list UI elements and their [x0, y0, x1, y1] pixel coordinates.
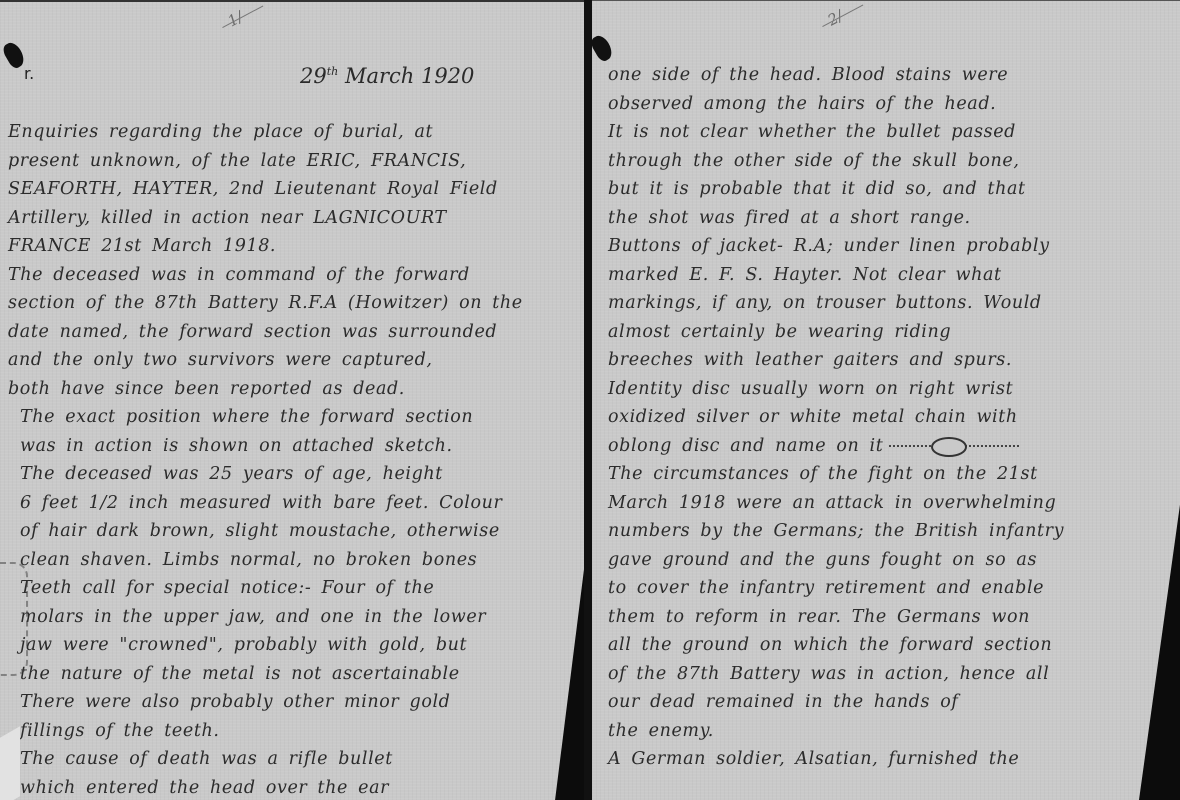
- text-line: Enquiries regarding the place of burial,…: [8, 118, 580, 147]
- text-line: breeches with leather gaiters and spurs.: [608, 346, 1176, 375]
- text-line: March 1918 were an attack in overwhelmin…: [608, 489, 1176, 518]
- page-number-mark: 1/: [225, 8, 246, 31]
- text-line: marked E. F. S. Hayter. Not clear what: [608, 261, 1176, 290]
- text-line: one side of the head. Blood stains were: [608, 61, 1176, 90]
- text-line: clean shaven. Limbs normal, no broken bo…: [8, 546, 580, 575]
- text-line: both have since been reported as dead.: [8, 375, 580, 404]
- date-suffix: th: [327, 65, 339, 78]
- text-line: jaw were "crowned", probably with gold, …: [8, 631, 580, 660]
- text-line: all the ground on which the forward sect…: [608, 631, 1176, 660]
- text-line: them to reform in rear. The Germans won: [608, 603, 1176, 632]
- text-line: oxidized silver or white metal chain wit…: [608, 403, 1176, 432]
- text-line: observed among the hairs of the head.: [608, 90, 1176, 119]
- text-line: of the 87th Battery was in action, hence…: [608, 660, 1176, 689]
- paperclip-mark: [0, 562, 28, 676]
- text-line: our dead remained in the hands of: [608, 688, 1176, 717]
- text-line: The cause of death was a rifle bullet: [8, 745, 580, 774]
- text-line: The deceased was in command of the forwa…: [8, 261, 580, 290]
- text-line: There were also probably other minor gol…: [8, 688, 580, 717]
- text-line: molars in the upper jaw, and one in the …: [8, 603, 580, 632]
- text-line-content: oblong disc and name on it: [608, 436, 883, 456]
- text-line: the enemy.: [608, 717, 1176, 746]
- text-line: It is not clear whether the bullet passe…: [608, 118, 1176, 147]
- text-line: Buttons of jacket- R.A; under linen prob…: [608, 232, 1176, 261]
- ink-blot: [592, 33, 615, 64]
- text-line: oblong disc and name on it: [608, 432, 1176, 461]
- page-number-mark: 2/: [825, 7, 846, 30]
- text-line: The exact position where the forward sec…: [8, 403, 580, 432]
- text-line: the nature of the metal is not ascertain…: [8, 660, 580, 689]
- text-line: 6 feet 1/2 inch measured with bare feet.…: [8, 489, 580, 518]
- text-line: section of the 87th Battery R.F.A (Howit…: [8, 289, 580, 318]
- text-line: of hair dark brown, slight moustache, ot…: [8, 517, 580, 546]
- corner-mark: r.: [24, 64, 34, 83]
- text-line: which entered the head over the ear: [8, 774, 580, 800]
- text-line: FRANCE 21st March 1918.: [8, 232, 580, 261]
- date-day: 29: [300, 64, 327, 88]
- text-line: present unknown, of the late ERIC, FRANC…: [8, 147, 580, 176]
- text-line: was in action is shown on attached sketc…: [8, 432, 580, 461]
- text-line: Identity disc usually worn on right wris…: [608, 375, 1176, 404]
- text-line: almost certainly be wearing riding: [608, 318, 1176, 347]
- page-gutter: [584, 0, 592, 800]
- text-line: markings, if any, on trouser buttons. Wo…: [608, 289, 1176, 318]
- text-line: Artillery, killed in action near LAGNICO…: [8, 204, 580, 233]
- letter-date: 29th March 1920: [300, 64, 474, 88]
- date-month-year: March 1920: [345, 64, 474, 88]
- page-1-text: Enquiries regarding the place of burial,…: [8, 118, 580, 800]
- text-line: gave ground and the guns fought on so as: [608, 546, 1176, 575]
- text-line: A German soldier, Alsatian, furnished th…: [608, 745, 1176, 774]
- page-2-text: one side of the head. Blood stains were …: [608, 61, 1176, 774]
- text-line: to cover the infantry retirement and ena…: [608, 574, 1176, 603]
- text-line: the shot was fired at a short range.: [608, 204, 1176, 233]
- letter-page-1: 1/ r. 29th March 1920 Enquiries regardin…: [0, 0, 584, 800]
- text-line: and the only two survivors were captured…: [8, 346, 580, 375]
- torn-corner: [0, 726, 20, 800]
- text-line: date named, the forward section was surr…: [8, 318, 580, 347]
- text-line: The circumstances of the fight on the 21…: [608, 460, 1176, 489]
- text-line: but it is probable that it did so, and t…: [608, 175, 1176, 204]
- text-line: SEAFORTH, HAYTER, 2nd Lieutenant Royal F…: [8, 175, 580, 204]
- text-line: numbers by the Germans; the British infa…: [608, 517, 1176, 546]
- text-line: through the other side of the skull bone…: [608, 147, 1176, 176]
- text-line: fillings of the teeth.: [8, 717, 580, 746]
- text-line: Teeth call for special notice:- Four of …: [8, 574, 580, 603]
- letter-page-2: 2/ one side of the head. Blood stains we…: [592, 0, 1180, 800]
- text-line: The deceased was 25 years of age, height: [8, 460, 580, 489]
- identity-disc-sketch: [889, 437, 1019, 455]
